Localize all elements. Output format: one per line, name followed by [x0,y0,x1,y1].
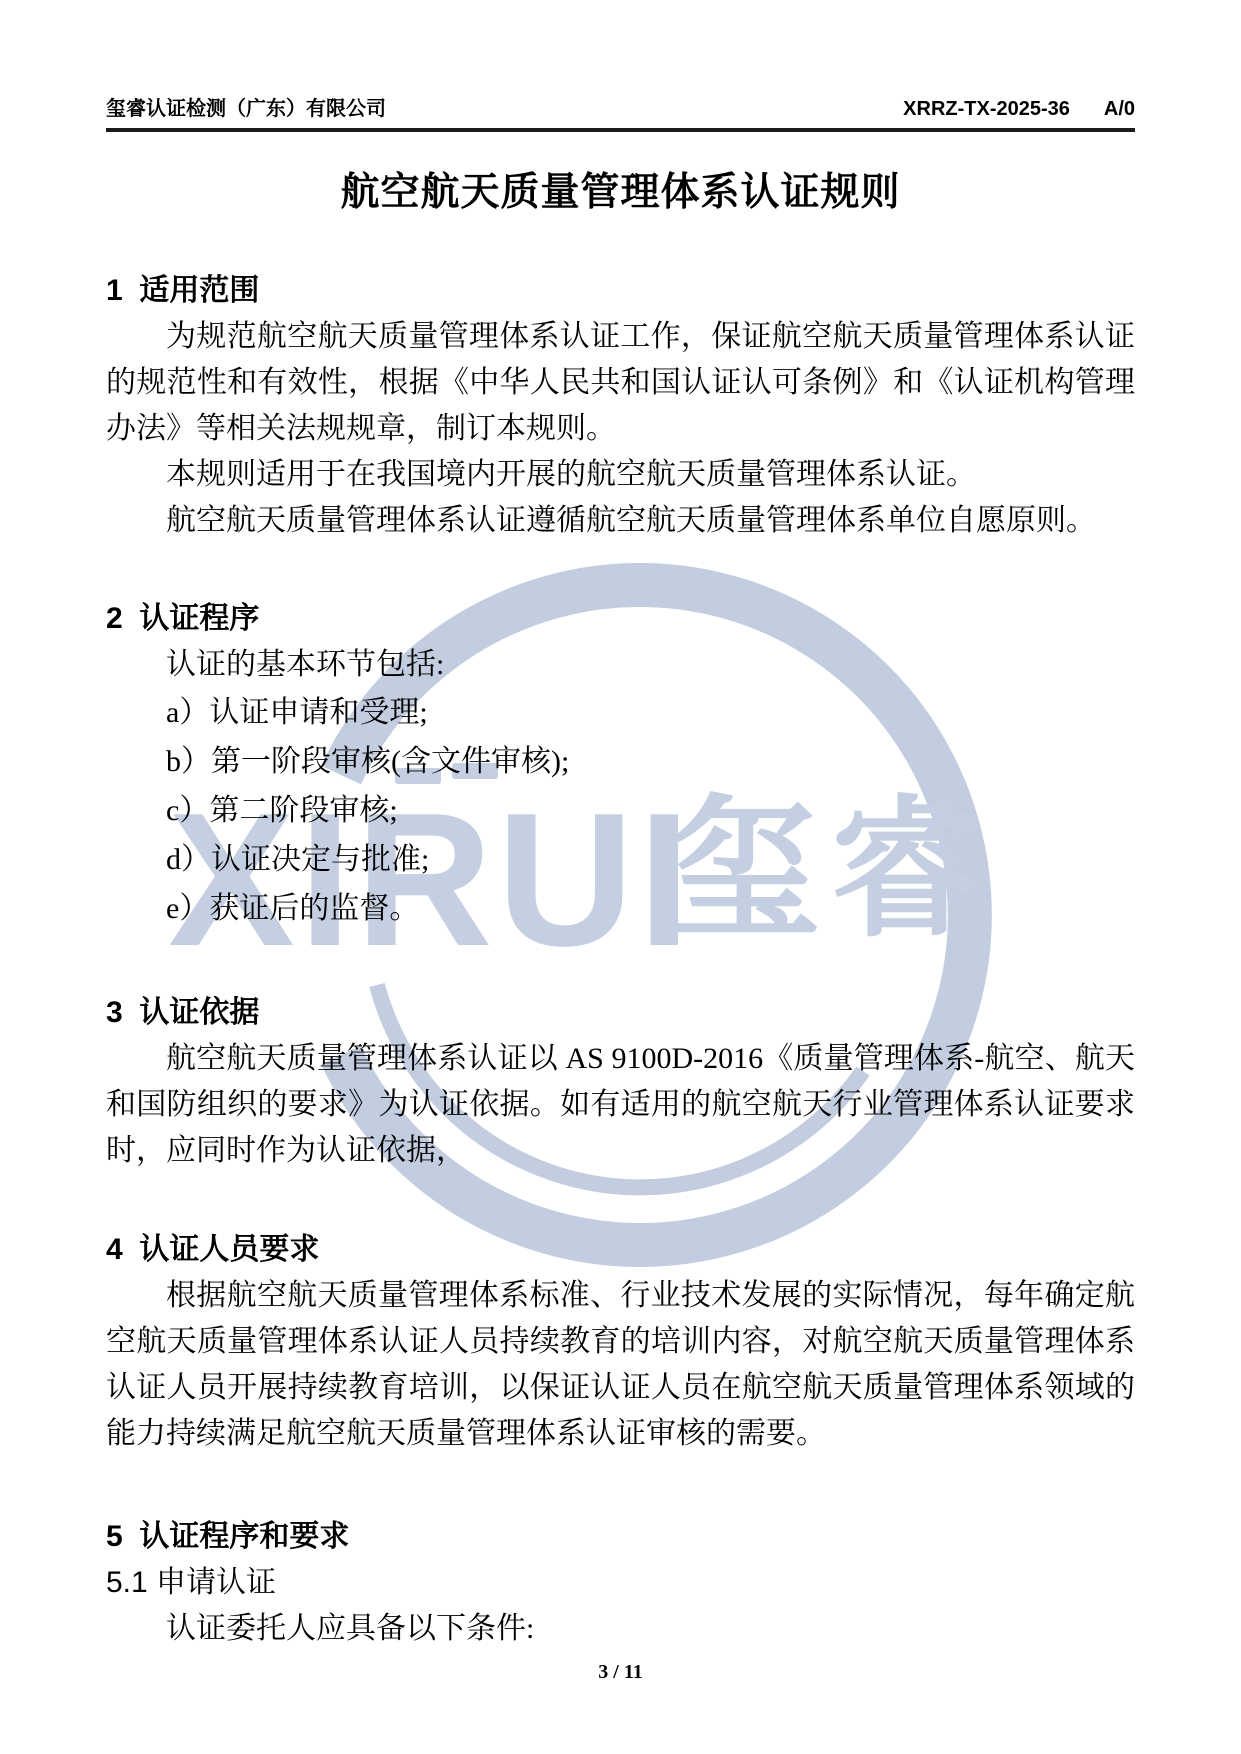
paragraph: 航空航天质量管理体系认证以 AS 9100D-2016《质量管理体系-航空、航天… [106,1036,1135,1174]
section-3-heading: 3 认证依据 [106,990,1135,1036]
list-item: a）认证申请和受理; [106,688,1135,737]
list-item: d）认证决定与批准; [106,835,1135,884]
document-body: 1 适用范围 为规范航空航天质量管理体系认证工作，保证航空航天质量管理体系认证的… [106,268,1135,1652]
header-company-name: 玺睿认证检测（广东）有限公司 [106,92,386,121]
section-2-heading: 2 认证程序 [106,596,1135,642]
section-5-heading: 5 认证程序和要求 [106,1514,1135,1560]
header-rule [106,128,1135,132]
header-doc-number: XRRZ-TX-2025-36 [903,98,1070,121]
document-page: XIRUI 玺睿 玺睿认证检测（广东）有限公司 XRRZ-TX-2025-36 … [0,0,1241,1754]
section-5-1-subheading: 5.1 申请认证 [106,1560,1135,1606]
list-item: b）第一阶段审核(含文件审核); [106,737,1135,786]
paragraph: 为规范航空航天质量管理体系认证工作，保证航空航天质量管理体系认证的规范性和有效性… [106,314,1135,452]
paragraph: 根据航空航天质量管理体系标准、行业技术发展的实际情况，每年确定航空航天质量管理体… [106,1273,1135,1457]
header-doc-info: XRRZ-TX-2025-36 A/0 [903,98,1135,121]
page-header: 玺睿认证检测（广东）有限公司 XRRZ-TX-2025-36 A/0 [106,92,1135,121]
paragraph: 认证的基本环节包括: [106,642,1135,688]
header-revision: A/0 [1104,98,1135,121]
list-item: c）第二阶段审核; [106,786,1135,835]
paragraph: 认证委托人应具备以下条件: [106,1606,1135,1652]
list-item: e）获证后的监督。 [106,884,1135,933]
section-1-heading: 1 适用范围 [106,268,1135,314]
page-footer-page-number: 3 / 11 [0,1658,1241,1686]
document-title: 航空航天质量管理体系认证规则 [0,170,1241,216]
paragraph: 本规则适用于在我国境内开展的航空航天质量管理体系认证。 [106,452,1135,498]
paragraph: 航空航天质量管理体系认证遵循航空航天质量管理体系单位自愿原则。 [106,498,1135,544]
section-4-heading: 4 认证人员要求 [106,1227,1135,1273]
